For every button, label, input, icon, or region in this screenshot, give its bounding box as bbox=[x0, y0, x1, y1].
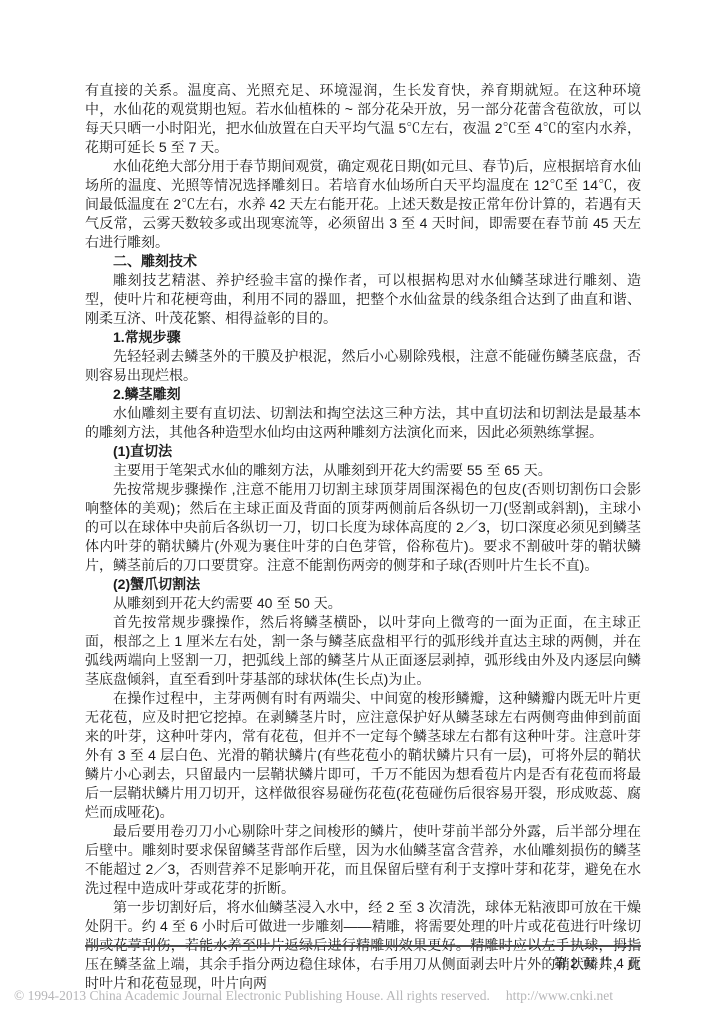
paragraph: 水仙花绝大部分用于春节期间观赏，确定观花日期(如元旦、春节)后，应根据培育水仙场… bbox=[85, 157, 641, 252]
paragraph: 水仙雕刻主要有直切法、切割法和掏空法这三种方法，其中直切法和切割法是最基本的雕刻… bbox=[85, 404, 641, 442]
page-number-label: 第 2 页 共 4 页 bbox=[85, 952, 641, 972]
section-heading: 二、雕刻技术 bbox=[85, 252, 641, 271]
paragraph: 首先按常规步骤操作，然后将鳞茎横卧，以叶芽向上微弯的一面为正面，在主球正面，根部… bbox=[85, 613, 641, 689]
paragraph: 先按常规步骤操作 ,注意不能用刀切割主球顶芽周围深褐色的包皮(否则切割伤口会影响… bbox=[85, 480, 641, 575]
subsection-heading: (2)蟹爪切割法 bbox=[85, 575, 641, 594]
paragraph: 主要用于笔架式水仙的雕刻方法，从雕刻到开花大约需要 55 至 65 天。 bbox=[85, 461, 641, 480]
paragraph-continuation: 有直接的关系。温度高、光照充足、环境湿润，生长发育快，养育期就短。在这种环境中，… bbox=[85, 81, 641, 157]
page-body-text: 有直接的关系。温度高、光照充足、环境湿润，生长发育快，养育期就短。在这种环境中，… bbox=[85, 81, 641, 993]
paragraph: 在操作过程中，主芽两侧有时有两端尖、中间宽的梭形鳞瓣，这种鳞瓣内既无叶片更无花苞… bbox=[85, 689, 641, 822]
copyright-notice: © 1994-2013 China Academic Journal Elect… bbox=[14, 988, 714, 1004]
paragraph: 雕刻技艺精湛、养护经验丰富的操作者，可以根据构思对水仙鳞茎球进行雕刻、造型，使叶… bbox=[85, 271, 641, 328]
subsection-heading: (1)直切法 bbox=[85, 442, 641, 461]
subsection-heading: 2.鳞茎雕刻 bbox=[85, 385, 641, 404]
paragraph: 最后要用卷刃刀小心剔除叶芽之间梭形的鳞片，使叶芽前半部分外露，后半部分埋在后壁中… bbox=[85, 822, 641, 898]
footer-divider bbox=[85, 945, 641, 947]
copyright-text: © 1994-2013 China Academic Journal Elect… bbox=[14, 988, 490, 1003]
page-footer: 第 2 页 共 4 页 bbox=[85, 945, 641, 972]
document-page: 有直接的关系。温度高、光照充足、环境湿润，生长发育快，养育期就短。在这种环境中，… bbox=[0, 0, 724, 1024]
paragraph: 先轻轻剥去鳞茎外的干膜及护根泥，然后小心剔除残根，注意不能碰伤鳞茎底盘，否则容易… bbox=[85, 347, 641, 385]
paragraph: 从雕刻到开花大约需要 40 至 50 天。 bbox=[85, 594, 641, 613]
subsection-heading: 1.常规步骤 bbox=[85, 328, 641, 347]
copyright-url-link[interactable]: http://www.cnki.net bbox=[506, 988, 613, 1003]
